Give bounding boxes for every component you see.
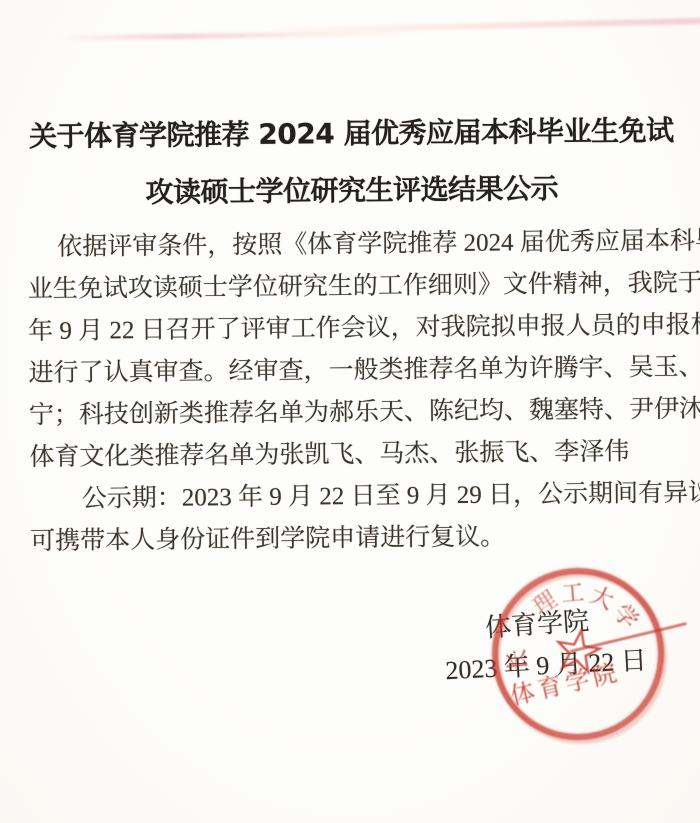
body-line: 公示期：2023 年 9 月 22 日至 9 月 29 日，公示期间有异议者、: [30, 473, 680, 521]
document-content: 关于体育学院推荐 2024 届优秀应届本科毕业生免试 攻读硕士学位研究生评选结果…: [25, 0, 680, 563]
body-line: 宁；科技创新类推荐名单为郝乐天、陈纪均、魏塞特、尹伊沐；: [29, 389, 679, 437]
body-line: 体育文化类推荐名单为张凯飞、马杰、张振飞、李泽伟: [29, 431, 679, 479]
seal-arc-char: 长: [505, 648, 530, 673]
official-seal: 长 理 工 大 学 体育学院: [492, 568, 664, 740]
document-title: 关于体育学院推荐 2024 届优秀应届本科毕业生免试 攻读硕士学位研究生评选结果…: [26, 116, 677, 209]
body-line: 依据评审条件，按照《体育学院推荐 2024 届优秀应届本科毕: [27, 221, 677, 269]
title-line-2: 攻读硕士学位研究生评选结果公示: [27, 173, 677, 209]
scanned-document-page: 关于体育学院推荐 2024 届优秀应届本科毕业生免试 攻读硕士学位研究生评选结果…: [0, 0, 700, 823]
body-line: 可携带本人身份证件到学院申请进行复议。: [30, 515, 680, 563]
document-body: 依据评审条件，按照《体育学院推荐 2024 届优秀应届本科毕 业生免试攻读硕士学…: [27, 221, 680, 563]
body-line: 进行了认真审查。经审查，一般类推荐名单为许腾宇、吴玉、张: [28, 347, 678, 395]
body-line: 业生免试攻读硕士学位研究生的工作细则》文件精神，我院于 2023: [28, 263, 678, 311]
title-line-1: 关于体育学院推荐 2024 届优秀应届本科毕业生免试: [26, 116, 676, 152]
seal-arc-char: 工: [560, 581, 585, 606]
body-line: 年 9 月 22 日召开了评审工作会议，对我院拟申报人员的申报材料，: [28, 305, 678, 353]
